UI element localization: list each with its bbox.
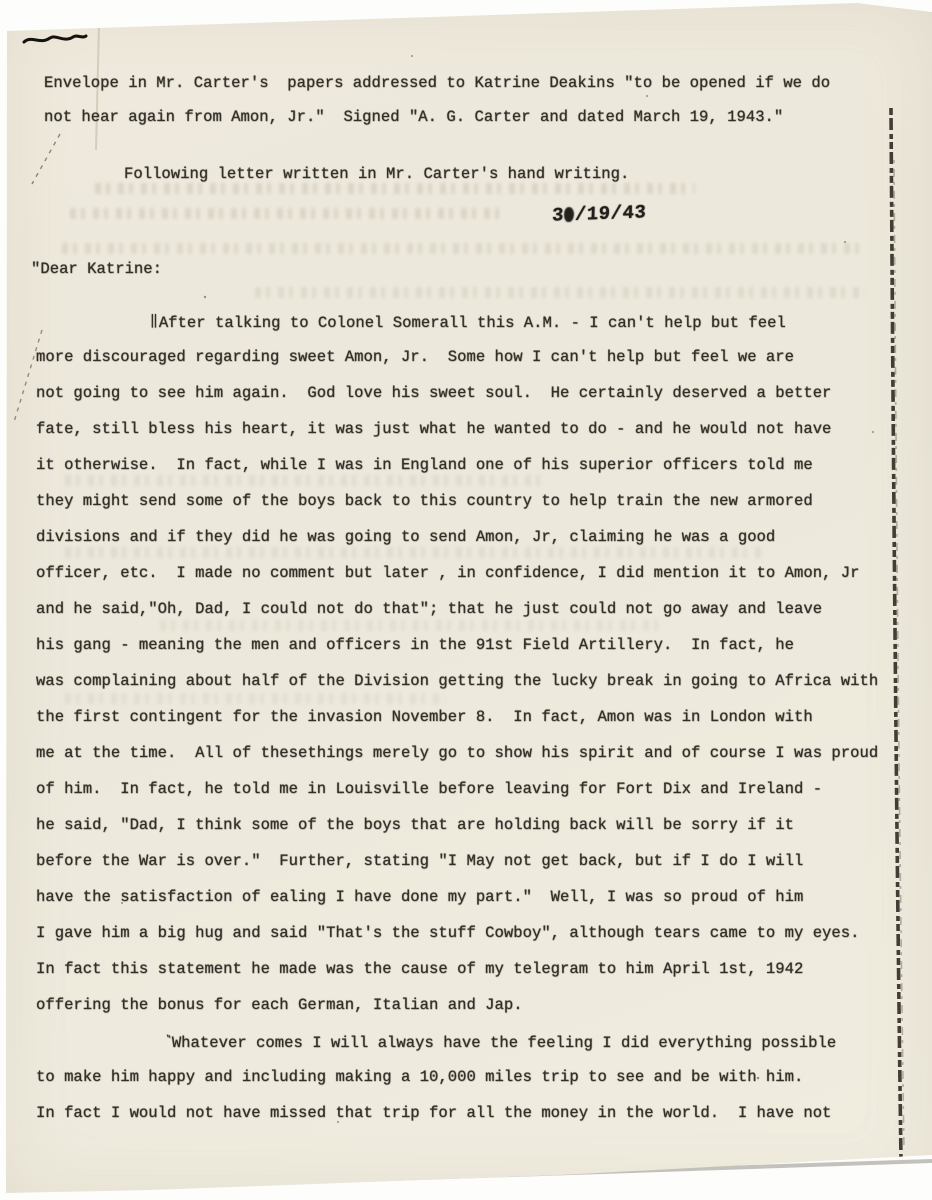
letter-line: to make him happy and including making a… xyxy=(36,1059,836,1095)
letter-line: have the satisfaction of ealing I have d… xyxy=(36,879,878,915)
letter-line: and he said,"Oh, Dad, I could not do tha… xyxy=(36,591,878,627)
letter-line: more discouraged regarding sweet Amon, J… xyxy=(36,339,878,375)
paragraph-lead-mark: ‶ xyxy=(158,1023,175,1059)
letter-paragraph: ‶Whatever comes I will always have the f… xyxy=(36,1023,836,1131)
salutation: "Dear Katrine: xyxy=(31,258,162,280)
letter-line: he said, "Dad, I think some of the boys … xyxy=(36,807,878,843)
scanned-letter-page: Envelope in Mr. Carter's papers addresse… xyxy=(0,0,932,1200)
letter-paragraph: ‖After talking to Colonel Somerall this … xyxy=(36,303,878,1023)
letter-line: offering the bonus for each German, Ital… xyxy=(36,987,878,1023)
letter-line: fate, still bless his heart, it was just… xyxy=(36,411,878,447)
letter-line: of him. In fact, he told me in Louisvill… xyxy=(36,771,878,807)
paper-sheet: Envelope in Mr. Carter's papers addresse… xyxy=(0,0,932,1200)
letter-line: I gave him a big hug and said "That's th… xyxy=(36,915,878,951)
letter-line: was complaining about half of the Divisi… xyxy=(36,663,878,699)
date-prefix: 3 xyxy=(552,204,565,226)
letter-line: before the War is over." Further, statin… xyxy=(36,843,878,879)
letter-line: In fact this statement he made was the c… xyxy=(36,951,878,987)
envelope-description: Envelope in Mr. Carter's papers addresse… xyxy=(44,66,830,134)
letter-line: the first contingent for the invasion No… xyxy=(36,699,878,735)
letter-line: officer, etc. I made no comment but late… xyxy=(36,555,878,591)
intro-line: Envelope in Mr. Carter's papers addresse… xyxy=(44,66,830,100)
letter-line: In fact I would not have missed that tri… xyxy=(36,1095,836,1131)
letter-text: Envelope in Mr. Carter's papers addresse… xyxy=(0,0,932,1200)
paragraph-lead-mark: ‖ xyxy=(150,313,156,328)
letter-line: divisions and if they did he was going t… xyxy=(36,519,878,555)
letter-line: me at the time. All of thesethings merel… xyxy=(36,735,878,771)
intro-line: not hear again from Amon, Jr." Signed "A… xyxy=(44,100,830,134)
letter-line: not going to see him again. God love his… xyxy=(36,375,878,411)
archivist-note: Following letter written in Mr. Carter's… xyxy=(124,163,629,185)
letter-line: ‶Whatever comes I will always have the f… xyxy=(36,1023,836,1059)
letter-line: it otherwise. In fact, while I was in En… xyxy=(36,447,878,483)
letter-line: his gang - meaning the men and officers … xyxy=(36,627,878,663)
letter-line: they might send some of the boys back to… xyxy=(36,483,878,519)
date-suffix: /19/43 xyxy=(575,201,647,226)
date-annotation: 3/19/43 xyxy=(552,201,647,226)
letter-line: ‖After talking to Colonel Somerall this … xyxy=(36,303,878,339)
ink-blot xyxy=(564,207,575,222)
